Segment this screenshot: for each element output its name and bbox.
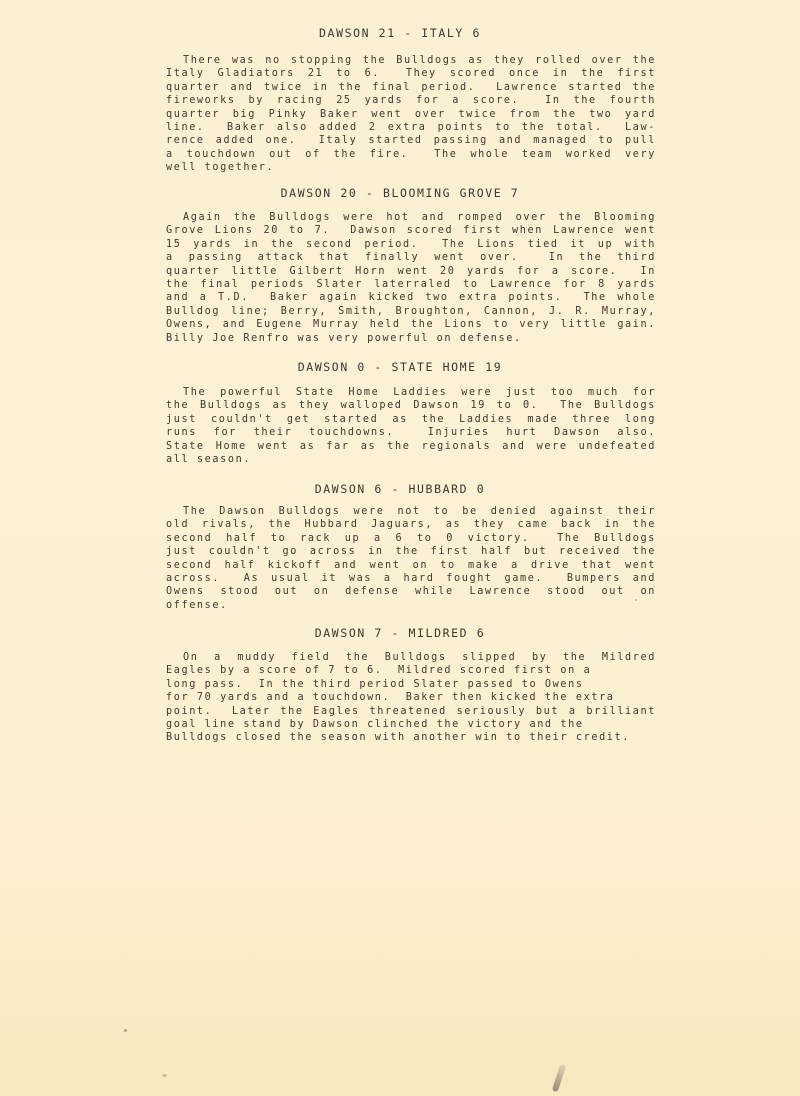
paper-speck (162, 1074, 167, 1077)
text-line: offense. (166, 599, 656, 612)
text-line: The Dawson Bulldogs were not to be denie… (166, 505, 656, 518)
text-line: Italy Gladiators 21 to 6. They scored on… (166, 67, 656, 80)
paper-smudge (552, 1064, 566, 1092)
text-line: a touchdown out of the fire. The whole t… (166, 148, 656, 161)
text-line: line. Baker also added 2 extra points to… (166, 121, 656, 134)
text-line: just couldn't go across in the first hal… (166, 545, 656, 558)
text-line: second half kickoff and went on to make … (166, 559, 656, 572)
text-line: long pass. In the third period Slater pa… (166, 678, 656, 691)
text-line: fireworks by racing 25 yards for a score… (166, 94, 656, 107)
game-report-hubbard: The Dawson Bulldogs were not to be denie… (166, 505, 656, 612)
text-line: Again the Bulldogs were hot and romped o… (166, 211, 656, 224)
game-heading-state-home: DAWSON 0 - STATE HOME 19 (0, 360, 800, 374)
text-line: the final periods Slater laterraled to L… (166, 278, 656, 291)
game-report-mildred: On a muddy field the Bulldogs slipped by… (166, 651, 656, 745)
paper-speck (124, 1029, 127, 1032)
game-report-italy: There was no stopping the Bulldogs as th… (166, 54, 656, 175)
text-line: all season. (166, 453, 656, 466)
text-line: second half to rack up a 6 to 0 victory.… (166, 532, 656, 545)
text-line: the Bulldogs as they walloped Dawson 19 … (166, 399, 656, 412)
game-heading-hubbard: DAWSON 6 - HUBBARD 0 (0, 482, 800, 496)
text-line: There was no stopping the Bulldogs as th… (166, 54, 656, 67)
paper-speck (635, 599, 637, 601)
text-line: quarter and twice in the final period. L… (166, 81, 656, 94)
text-line: Owens, and Eugene Murray held the Lions … (166, 318, 656, 331)
text-line: point. Later the Eagles threatened serio… (166, 705, 656, 718)
text-line: a passing attack that finally went over.… (166, 251, 656, 264)
text-line: across. As usual it was a hard fought ga… (166, 572, 656, 585)
game-heading-mildred: DAWSON 7 - MILDRED 6 (0, 626, 800, 640)
text-line: The powerful State Home Laddies were jus… (166, 386, 656, 399)
game-heading-italy: DAWSON 21 - ITALY 6 (0, 26, 800, 40)
text-line: old rivals, the Hubbard Jaguars, as they… (166, 518, 656, 531)
text-line: Bulldog line; Berry, Smith, Broughton, C… (166, 305, 656, 318)
text-line: quarter little Gilbert Horn went 20 yard… (166, 265, 656, 278)
text-line: Bulldogs closed the season with another … (166, 731, 656, 744)
game-report-state-home: The powerful State Home Laddies were jus… (166, 386, 656, 466)
text-line: On a muddy field the Bulldogs slipped by… (166, 651, 656, 664)
text-line: Owens stood out on defense while Lawrenc… (166, 585, 656, 598)
text-line: for 70 yards and a touchdown. Baker then… (166, 691, 656, 704)
text-line: rence added one. Italy started passing a… (166, 134, 656, 147)
text-line: State Home went as far as the regionals … (166, 440, 656, 453)
text-line: Grove Lions 20 to 7. Dawson scored first… (166, 224, 656, 237)
text-line: 15 yards in the second period. The Lions… (166, 238, 656, 251)
text-line: just couldn't get started as the Laddies… (166, 413, 656, 426)
typewritten-page: DAWSON 21 - ITALY 6 There was no stoppin… (0, 0, 800, 1096)
game-heading-blooming-grove: DAWSON 20 - BLOOMING GROVE 7 (0, 186, 800, 200)
text-line: Eagles by a score of 7 to 6. Mildred sco… (166, 664, 656, 677)
game-report-blooming-grove: Again the Bulldogs were hot and romped o… (166, 211, 656, 345)
text-line: and a T.D. Baker again kicked two extra … (166, 291, 656, 304)
text-line: well together. (166, 161, 656, 174)
text-line: quarter big Pinky Baker went over twice … (166, 108, 656, 121)
text-line: runs for their touchdowns. Injuries hurt… (166, 426, 656, 439)
text-line: goal line stand by Dawson clinched the v… (166, 718, 656, 731)
text-line: Billy Joe Renfro was very powerful on de… (166, 332, 656, 345)
